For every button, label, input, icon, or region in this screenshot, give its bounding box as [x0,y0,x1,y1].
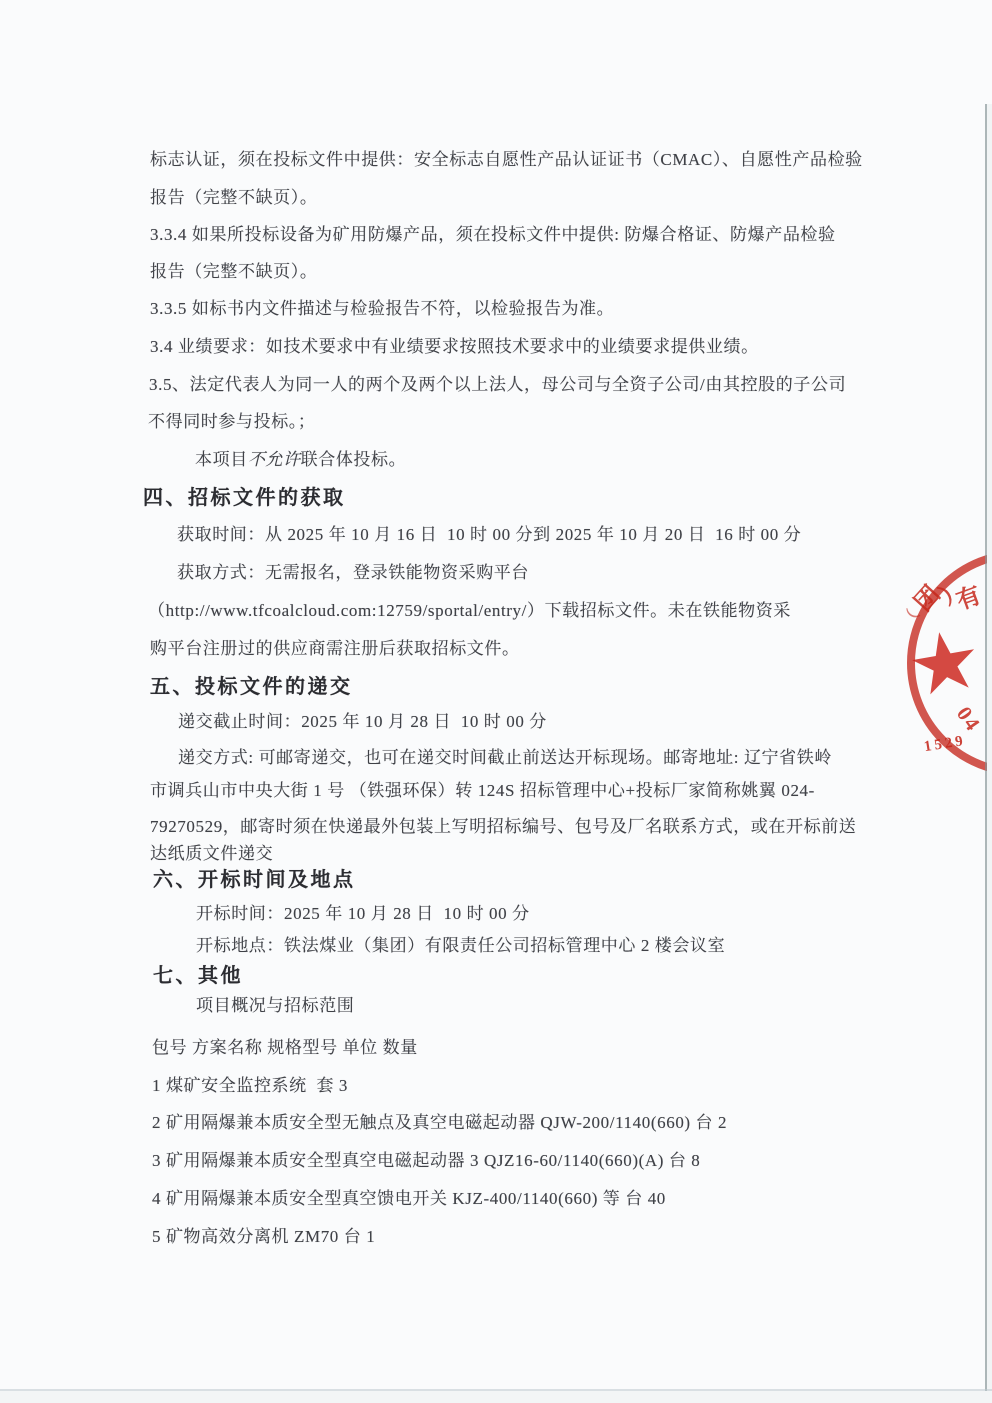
doc-line-3-3-5: 3.3.5 如标书内文件描述与检验报告不符，以检验报告为准。 [150,299,614,319]
doc-line-obtain-time: 获取时间：从 2025 年 10 月 16 日 10 时 00 分到 2025 … [177,525,801,545]
doc-line-url: （http://www.tfcoalcloud.com:12759/sporta… [148,601,791,621]
doc-line-deadline: 递交截止时间：2025 年 10 月 28 日 10 时 00 分 [178,712,547,732]
doc-line: 报告（完整不缺页）。 [150,262,318,282]
doc-line: 报告（完整不缺页）。 [150,188,318,208]
joint-bid-line: 本项目不允许联合体投标。 [195,450,406,470]
doc-line: 标志认证，须在投标文件中提供：安全标志自愿性产品认证证书（CMAC）、自愿性产品… [150,150,863,170]
package-table-header: 包号 方案名称 规格型号 单位 数量 [152,1038,418,1058]
doc-line-3-4: 3.4 业绩要求：如技术要求中有业绩要求按照技术要求中的业绩要求提供业绩。 [150,337,759,357]
seal-star-icon: ★ [901,617,988,711]
doc-line-3-3-4: 3.3.4 如果所投标设备为矿用防爆产品，须在投标文件中提供: 防爆合格证、防爆… [150,225,836,245]
joint-bid-not-allowed: 不允许 [248,450,301,469]
doc-line: 不得同时参与投标。； [148,412,316,432]
section-heading-6: 六、开标时间及地点 [153,868,356,892]
company-seal-stamp: （ 团 ） 有 ★ 04 1529 [900,545,992,780]
doc-line-address: 市调兵山市中央大街 1 号 （铁强环保）转 124S 招标管理中心+投标厂家简称… [150,781,815,801]
doc-line-3-5: 3.5、法定代表人为同一人的两个及两个以上法人，母公司与全资子公司/由其控股的子… [149,375,846,395]
section-heading-7: 七、其他 [153,964,243,988]
doc-line-phone: 79270529，邮寄时须在快递最外包装上写明招标编号、包号及厂名联系方式，或在… [150,817,856,837]
joint-bid-prefix: 本项目 [195,450,248,469]
doc-line: 达纸质文件递交 [150,844,273,864]
table-row: 2 矿用隔爆兼本质安全型无触点及真空电磁起动器 QJW-200/1140(660… [152,1113,727,1133]
page-right-edge-line [985,104,987,1395]
doc-line-open-time: 开标时间：2025 年 10 月 28 日 10 时 00 分 [196,904,530,924]
table-row: 3 矿用隔爆兼本质安全型真空电磁起动器 3 QJZ16-60/1140(660)… [152,1151,700,1171]
doc-line-delivery-method: 递交方式: 可邮寄递交，也可在递交时间截止前送达开标现场。邮寄地址: 辽宁省铁岭 [178,748,832,768]
page-bottom-edge [0,1391,992,1403]
page-right-edge [987,104,992,1395]
scanned-tender-document-page: 标志认证，须在投标文件中提供：安全标志自愿性产品认证证书（CMAC）、自愿性产品… [0,0,992,1403]
doc-line-project-scope: 项目概况与招标范围 [196,996,354,1016]
table-row: 4 矿用隔爆兼本质安全型真空馈电开关 KJZ-400/1140(660) 等 台… [152,1189,666,1209]
joint-bid-suffix: 联合体投标。 [301,450,407,469]
doc-line-obtain-method: 获取方式：无需报名，登录铁能物资采购平台 [177,563,529,583]
doc-line: 购平台注册过的供应商需注册后获取招标文件。 [150,639,520,659]
section-heading-5: 五、投标文件的递交 [150,675,353,699]
table-row: 1 煤矿安全监控系统 套 3 [152,1076,348,1096]
table-row: 5 矿物高效分离机 ZM70 台 1 [152,1227,375,1247]
doc-line-open-place: 开标地点：铁法煤业（集团）有限责任公司招标管理中心 2 楼会议室 [196,936,725,956]
section-heading-4: 四、招标文件的获取 [143,486,346,510]
